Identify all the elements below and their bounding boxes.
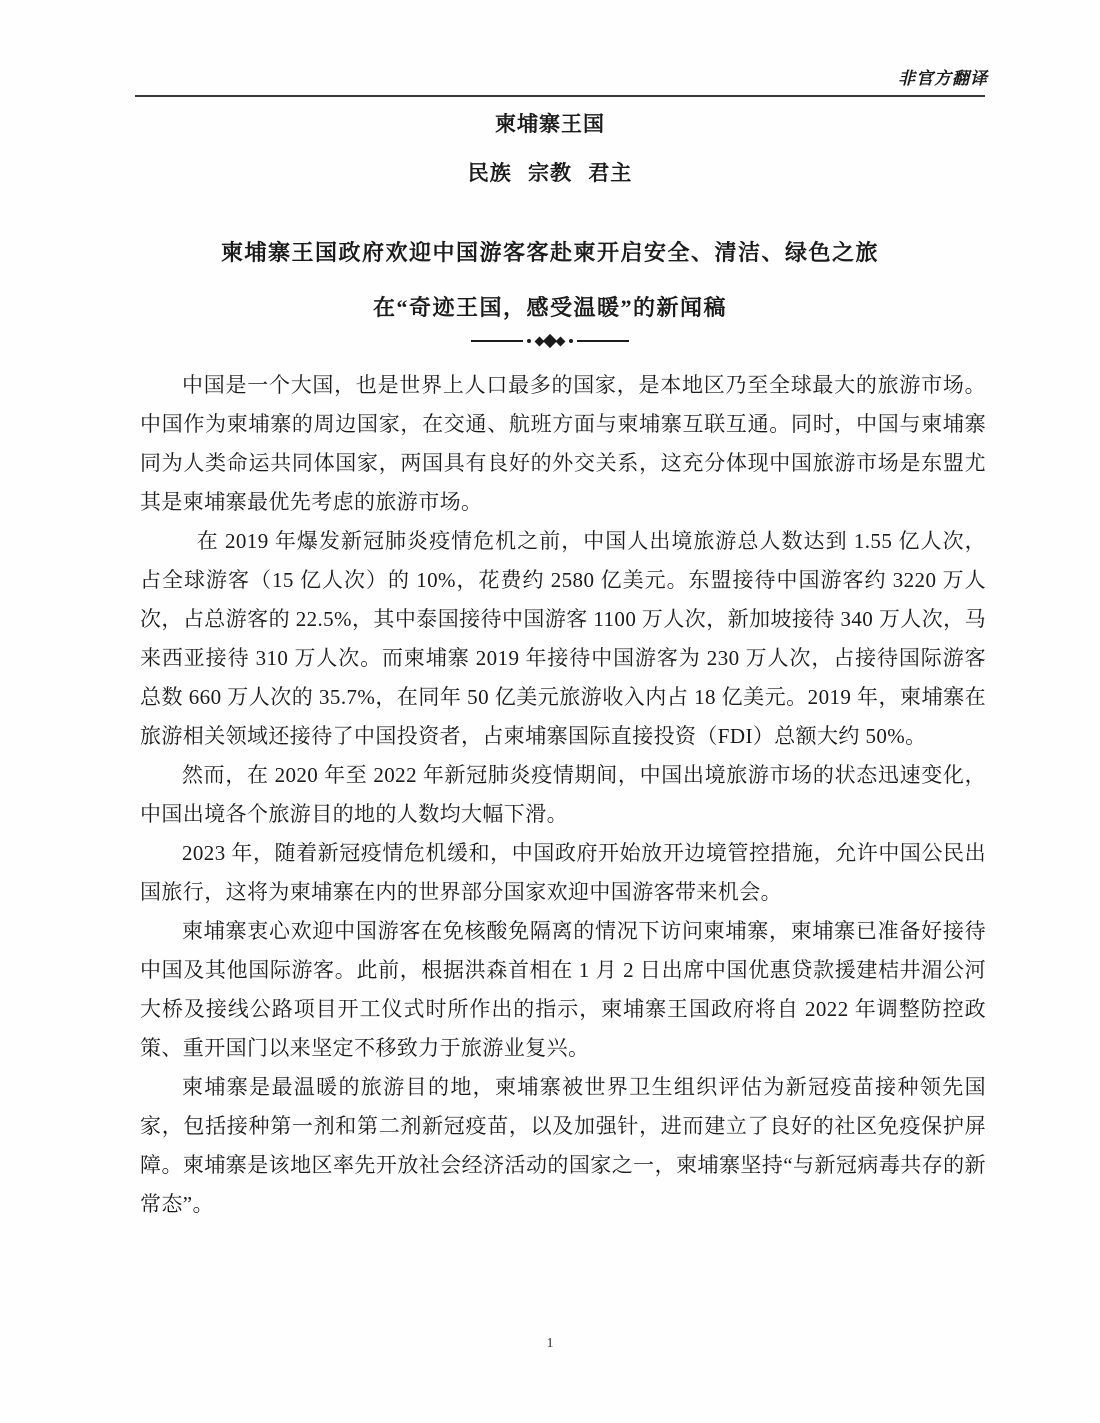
document-title: 柬埔寨王国政府欢迎中国游客客赴柬开启安全、清洁、绿色之旅 在“奇迹王国，感受温暖…: [0, 236, 1100, 322]
ornament-dot-right: [569, 339, 573, 343]
document-body: 中国是一个大国，也是世界上人口最多的国家，是本地区乃至全球最大的旅游市场。中国作…: [140, 366, 986, 1224]
paragraph-2: 在 2019 年爆发新冠肺炎疫情危机之前，中国人出境旅游总人数达到 1.55 亿…: [140, 522, 986, 756]
document-page: 非官方翻译 柬埔寨王国 民族 宗教 君主 柬埔寨王国政府欢迎中国游客客赴柬开启安…: [0, 0, 1100, 1423]
paragraph-3: 然而，在 2020 年至 2022 年新冠肺炎疫情期间，中国出境旅游市场的状态迅…: [140, 756, 986, 834]
paragraph-1: 中国是一个大国，也是世界上人口最多的国家，是本地区乃至全球最大的旅游市场。中国作…: [140, 366, 986, 522]
letterhead: 柬埔寨王国 民族 宗教 君主: [0, 108, 1100, 187]
unofficial-translation-note: 非官方翻译: [898, 64, 988, 89]
ornament-line-left: [471, 340, 523, 342]
ornament-diamond: [556, 336, 566, 346]
paragraph-4: 2023 年，随着新冠疫情危机缓和，中国政府开始放开边境管控措施，允许中国公民出…: [140, 834, 986, 912]
title-line-1: 柬埔寨王国政府欢迎中国游客客赴柬开启安全、清洁、绿色之旅: [0, 236, 1100, 267]
ornament-dot-left: [527, 339, 531, 343]
paragraph-5: 柬埔寨衷心欢迎中国游客在免核酸免隔离的情况下访问柬埔寨，柬埔寨已准备好接待中国及…: [140, 912, 986, 1068]
header-rule: [135, 95, 985, 97]
kingdom-name: 柬埔寨王国: [0, 108, 1100, 138]
national-motto: 民族 宗教 君主: [0, 157, 1100, 187]
ornament-divider-icon: [0, 336, 1100, 346]
paragraph-6: 柬埔寨是最温暖的旅游目的地，柬埔寨被世界卫生组织评估为新冠疫苗接种领先国家，包括…: [140, 1068, 986, 1224]
page-number: 1: [0, 1336, 1100, 1352]
ornament-line-right: [577, 340, 629, 342]
title-line-2: 在“奇迹王国，感受温暖”的新闻稿: [0, 291, 1100, 322]
